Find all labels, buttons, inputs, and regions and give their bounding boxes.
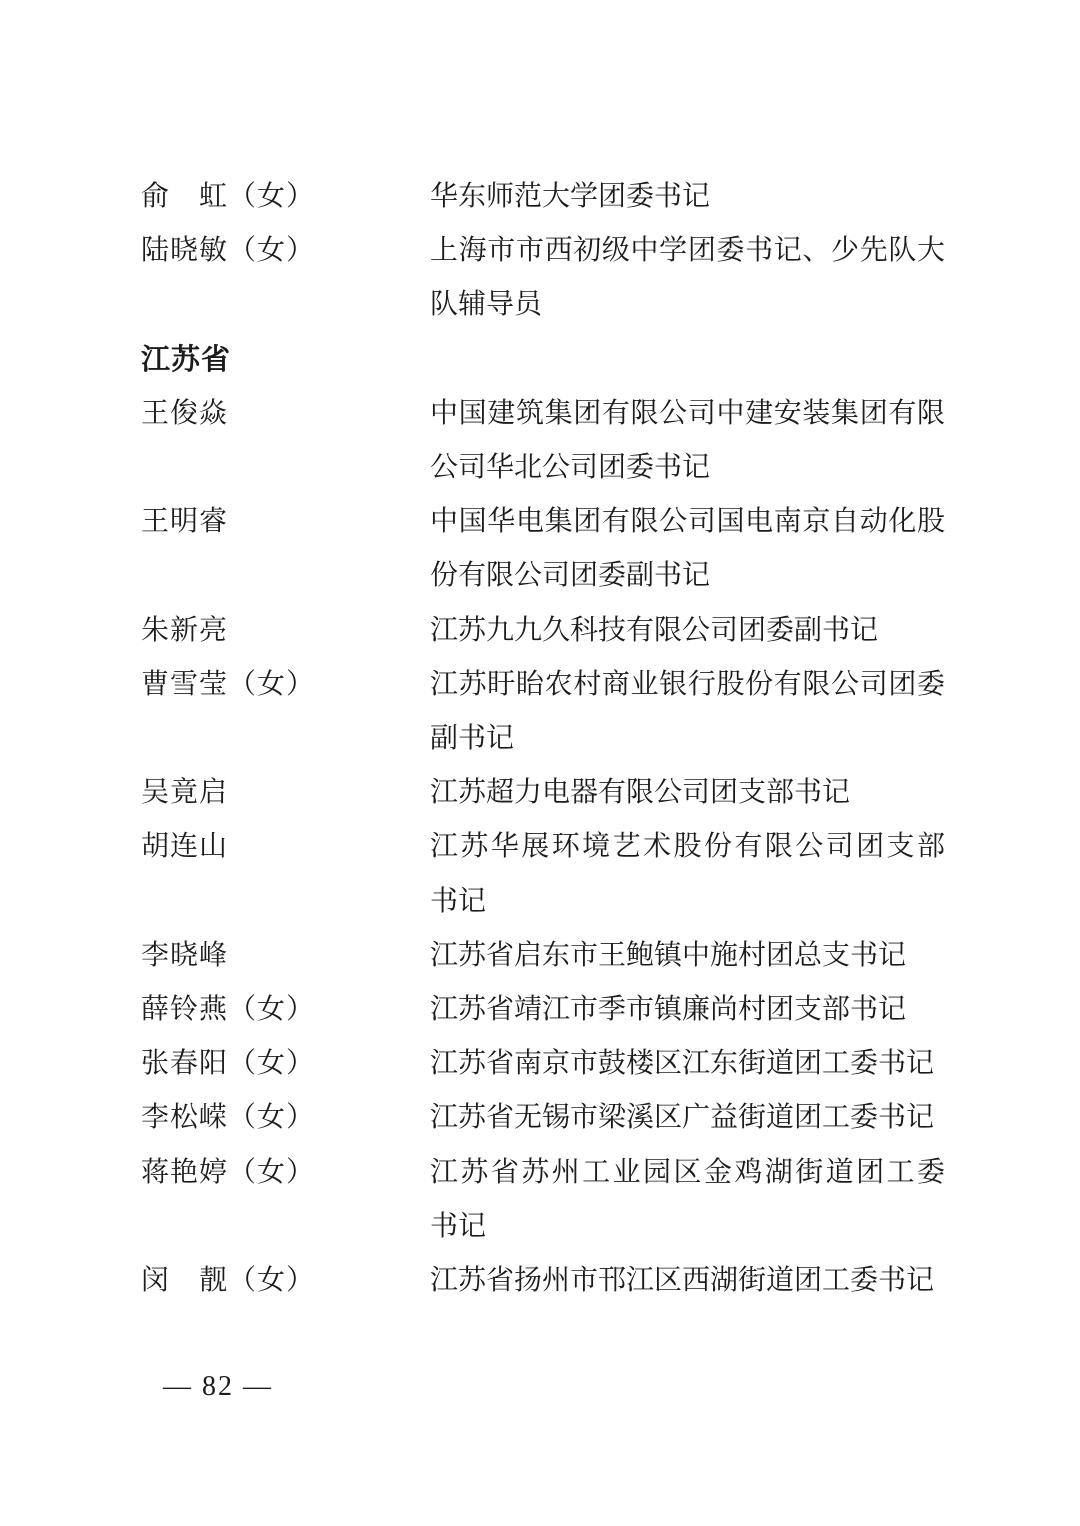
position-line: 书记 <box>430 1200 945 1254</box>
person-positions: 江苏省南京市鼓楼区江东街道团工委书记 <box>430 1037 945 1091</box>
person-positions: 江苏超力电器有限公司团支部书记 <box>430 766 945 820</box>
person-name: 吴竟启 <box>141 766 430 820</box>
person-name: 俞 虹（女） <box>141 170 430 224</box>
person-row: 曹雪莹（女） 江苏盱眙农村商业银行股份有限公司团委副书记 <box>141 658 945 766</box>
position-line: 江苏省苏州工业园区金鸡湖街道团工委 <box>430 1146 945 1200</box>
position-line: 队辅导员 <box>430 278 945 332</box>
position-line: 江苏超力电器有限公司团支部书记 <box>430 766 945 820</box>
person-name: 蒋艳婷（女） <box>141 1146 430 1200</box>
person-row: 李松嵘（女） 江苏省无锡市梁溪区广益街道团工委书记 <box>141 1091 945 1145</box>
position-line: 中国华电集团有限公司国电南京自动化股 <box>430 495 945 549</box>
person-row: 陆晓敏（女） 上海市市西初级中学团委书记、少先队大队辅导员 <box>141 224 945 332</box>
person-positions: 江苏省扬州市邗江区西湖街道团工委书记 <box>430 1254 945 1308</box>
person-row: 俞 虹（女） 华东师范大学团委书记 <box>141 170 945 224</box>
position-line: 江苏省靖江市季市镇廉尚村团支部书记 <box>430 983 945 1037</box>
province-heading-row: 江苏省 <box>141 333 945 387</box>
position-line: 公司华北公司团委书记 <box>430 441 945 495</box>
position-line: 江苏盱眙农村商业银行股份有限公司团委 <box>430 658 945 712</box>
person-name: 张春阳（女） <box>141 1037 430 1091</box>
person-positions: 江苏省苏州工业园区金鸡湖街道团工委书记 <box>430 1146 945 1254</box>
person-positions: 中国华电集团有限公司国电南京自动化股份有限公司团委副书记 <box>430 495 945 603</box>
position-line: 江苏九九久科技有限公司团委副书记 <box>430 604 945 658</box>
province-heading: 江苏省 <box>141 333 231 387</box>
page-footer: — 82 — <box>163 1372 273 1402</box>
position-line: 份有限公司团委副书记 <box>430 549 945 603</box>
person-positions: 江苏华展环境艺术股份有限公司团支部书记 <box>430 820 945 928</box>
person-name: 王明睿 <box>141 495 430 549</box>
person-positions: 江苏九九久科技有限公司团委副书记 <box>430 604 945 658</box>
person-row: 李晓峰 江苏省启东市王鲍镇中施村团总支书记 <box>141 929 945 983</box>
person-row: 朱新亮 江苏九九久科技有限公司团委副书记 <box>141 604 945 658</box>
person-positions: 江苏省无锡市梁溪区广益街道团工委书记 <box>430 1091 945 1145</box>
person-positions: 江苏省靖江市季市镇廉尚村团支部书记 <box>430 983 945 1037</box>
position-line: 华东师范大学团委书记 <box>430 170 945 224</box>
person-row: 张春阳（女） 江苏省南京市鼓楼区江东街道团工委书记 <box>141 1037 945 1091</box>
person-name: 曹雪莹（女） <box>141 658 430 712</box>
person-positions: 上海市市西初级中学团委书记、少先队大队辅导员 <box>430 224 945 332</box>
document-page: 俞 虹（女） 华东师范大学团委书记 陆晓敏（女） 上海市市西初级中学团委书记、少… <box>0 0 1080 1526</box>
position-line: 书记 <box>430 875 945 929</box>
person-name: 朱新亮 <box>141 604 430 658</box>
person-name: 闵 靓（女） <box>141 1254 430 1308</box>
person-name: 李松嵘（女） <box>141 1091 430 1145</box>
person-name: 王俊焱 <box>141 387 430 441</box>
position-line: 江苏省无锡市梁溪区广益街道团工委书记 <box>430 1091 945 1145</box>
person-name: 李晓峰 <box>141 929 430 983</box>
roster-list: 俞 虹（女） 华东师范大学团委书记 陆晓敏（女） 上海市市西初级中学团委书记、少… <box>141 170 945 1308</box>
person-positions: 华东师范大学团委书记 <box>430 170 945 224</box>
position-line: 江苏省扬州市邗江区西湖街道团工委书记 <box>430 1254 945 1308</box>
position-line: 中国建筑集团有限公司中建安装集团有限 <box>430 387 945 441</box>
position-line: 江苏省南京市鼓楼区江东街道团工委书记 <box>430 1037 945 1091</box>
person-name: 胡连山 <box>141 820 430 874</box>
person-name: 薛铃燕（女） <box>141 983 430 1037</box>
position-line: 江苏省启东市王鲍镇中施村团总支书记 <box>430 929 945 983</box>
person-positions: 中国建筑集团有限公司中建安装集团有限公司华北公司团委书记 <box>430 387 945 495</box>
person-row: 王明睿 中国华电集团有限公司国电南京自动化股份有限公司团委副书记 <box>141 495 945 603</box>
position-line: 副书记 <box>430 712 945 766</box>
person-row: 闵 靓（女） 江苏省扬州市邗江区西湖街道团工委书记 <box>141 1254 945 1308</box>
person-row: 蒋艳婷（女） 江苏省苏州工业园区金鸡湖街道团工委书记 <box>141 1146 945 1254</box>
person-row: 胡连山 江苏华展环境艺术股份有限公司团支部书记 <box>141 820 945 928</box>
person-positions: 江苏盱眙农村商业银行股份有限公司团委副书记 <box>430 658 945 766</box>
page-number: — 82 — <box>163 1371 273 1402</box>
person-row: 王俊焱 中国建筑集团有限公司中建安装集团有限公司华北公司团委书记 <box>141 387 945 495</box>
position-line: 江苏华展环境艺术股份有限公司团支部 <box>430 820 945 874</box>
person-positions: 江苏省启东市王鲍镇中施村团总支书记 <box>430 929 945 983</box>
position-line: 上海市市西初级中学团委书记、少先队大 <box>430 224 945 278</box>
person-row: 吴竟启 江苏超力电器有限公司团支部书记 <box>141 766 945 820</box>
person-name: 陆晓敏（女） <box>141 224 430 278</box>
person-row: 薛铃燕（女） 江苏省靖江市季市镇廉尚村团支部书记 <box>141 983 945 1037</box>
